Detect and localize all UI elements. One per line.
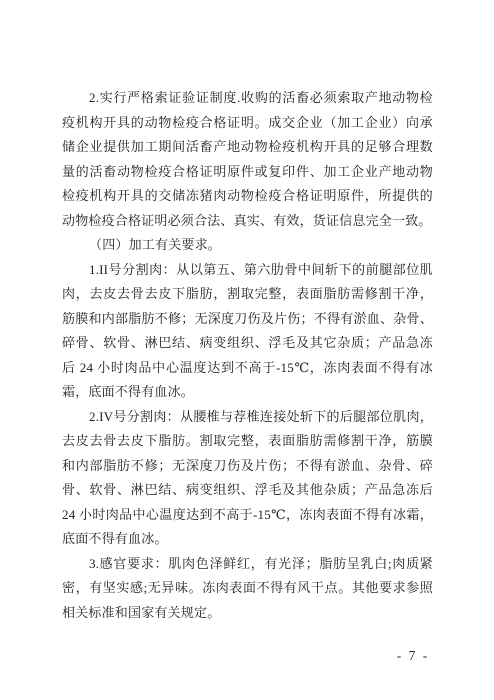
text-line: 动物检疫合格证明必须合法、真实、有效，货证信息完全一致。 — [62, 209, 433, 234]
paragraph-cut-iv: 2.IV号分割肉：从腰椎与荐椎连接处斩下的后腿部位肌肉， 去皮去骨去皮下脂肪。割… — [62, 405, 433, 552]
text-line: 疫机构开具的动物检疫合格证明。成交企业（加工企业）向承 — [62, 111, 433, 136]
text-line: 骨、软骨、淋巴结、病变组织、浮毛及其他杂质；产品急冻后 — [62, 478, 433, 503]
text-line: 肉，去皮去骨去皮下脂肪，割取完整，表面脂肪需修割干净， — [62, 282, 433, 307]
heading-line: （四）加工有关要求。 — [62, 233, 433, 258]
text-line: 密，有坚实感;无异味。冻肉表面不得有风干点。其他要求参照 — [62, 576, 433, 601]
text-line: 3.感官要求：肌肉色泽鲜红，有光泽；脂肪呈乳白;肉质紧 — [62, 552, 433, 577]
paragraph-cut-ii: 1.II号分割肉：从以第五、第六肋骨中间斩下的前腿部位肌 肉，去皮去骨去皮下脂肪… — [62, 258, 433, 405]
page-number: - 7 - — [388, 645, 438, 667]
text-line: 相关标准和国家有关规定。 — [62, 601, 433, 626]
document-text-block: 2.实行严格索证验证制度.收购的活畜必须索取产地动物检 疫机构开具的动物检疫合格… — [62, 86, 433, 625]
text-line: 筋膜和内部脂肪不修；无深度刀伤及片伤；不得有淤血、杂骨、 — [62, 307, 433, 332]
text-line: 量的活畜动物检疫合格证明原件或复印件、加工企业产地动物 — [62, 160, 433, 185]
text-line: 24 小时肉品中心温度达到不高于-15℃，冻肉表面不得有冰霜， — [62, 503, 433, 528]
text-line: 和内部脂肪不修；无深度刀伤及片伤；不得有淤血、杂骨、碎 — [62, 454, 433, 479]
text-line: 储企业提供加工期间活畜产地动物检疫机构开具的足够合理数 — [62, 135, 433, 160]
text-line: 碎骨、软骨、淋巴结、病变组织、浮毛及其它杂质；产品急冻 — [62, 331, 433, 356]
paragraph-certification-system: 2.实行严格索证验证制度.收购的活畜必须索取产地动物检 疫机构开具的动物检疫合格… — [62, 86, 433, 233]
text-line: 检疫机构开具的交储冻猪肉动物检疫合格证明原件，所提供的 — [62, 184, 433, 209]
text-line: 霜，底面不得有血冰。 — [62, 380, 433, 405]
heading-processing-requirements: （四）加工有关要求。 — [62, 233, 433, 258]
text-line: 底面不得有血冰。 — [62, 527, 433, 552]
text-line: 2.IV号分割肉：从腰椎与荐椎连接处斩下的后腿部位肌肉， — [62, 405, 433, 430]
text-line: 后 24 小时肉品中心温度达到不高于-15℃，冻肉表面不得有冰 — [62, 356, 433, 381]
text-line: 去皮去骨去皮下脂肪。割取完整，表面脂肪需修割干净，筋膜 — [62, 429, 433, 454]
paragraph-sensory-requirements: 3.感官要求：肌肉色泽鲜红，有光泽；脂肪呈乳白;肉质紧 密，有坚实感;无异味。冻… — [62, 552, 433, 626]
text-line: 1.II号分割肉：从以第五、第六肋骨中间斩下的前腿部位肌 — [62, 258, 433, 283]
text-line: 2.实行严格索证验证制度.收购的活畜必须索取产地动物检 — [62, 86, 433, 111]
document-page: 2.实行严格索证验证制度.收购的活畜必须索取产地动物检 疫机构开具的动物检疫合格… — [0, 0, 494, 700]
